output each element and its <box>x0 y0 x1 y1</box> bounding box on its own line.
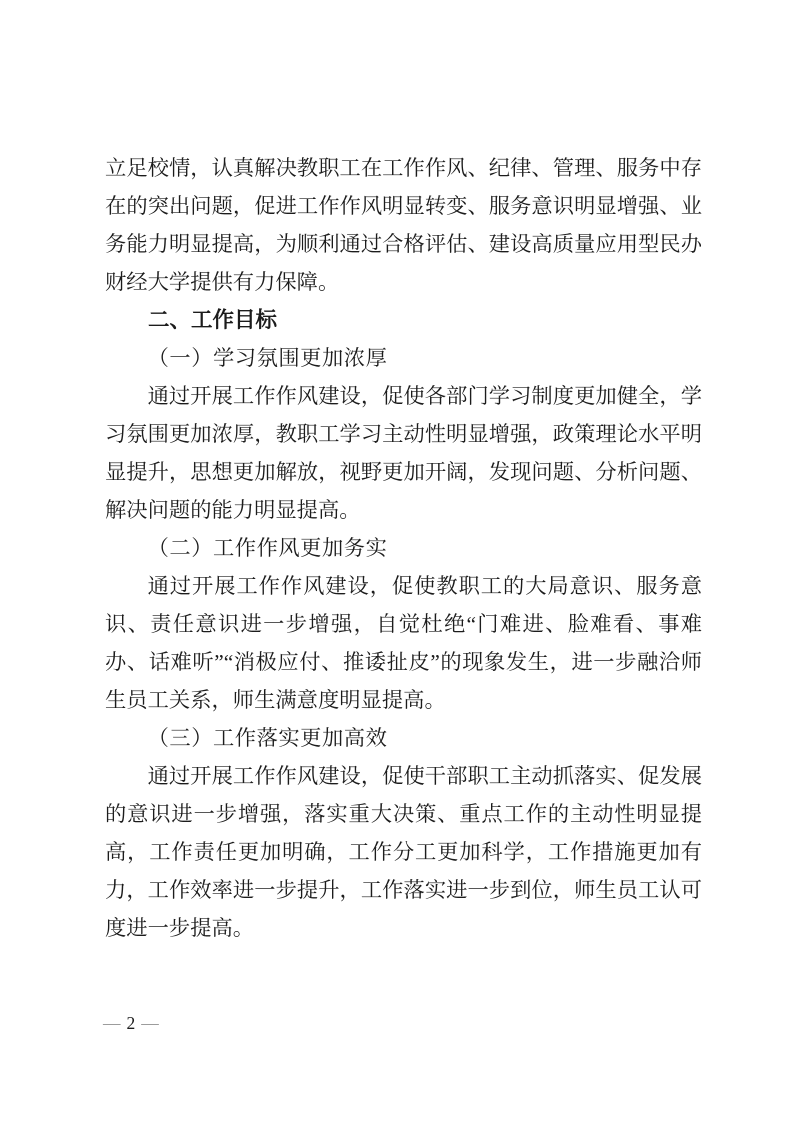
document-page: 立足校情，认真解决教职工在工作作风、纪律、管理、服务中存在的突出问题，促进工作作… <box>0 0 794 1123</box>
page-footer: —2— <box>103 1011 160 1035</box>
subsection-heading-3: （三）工作落实更加高效 <box>105 719 702 757</box>
paragraph-intro-continuation: 立足校情，认真解决教职工在工作作风、纪律、管理、服务中存在的突出问题，促进工作作… <box>105 149 702 301</box>
section-heading-work-goals: 二、工作目标 <box>105 301 702 339</box>
footer-dash-right: — <box>141 1013 160 1033</box>
subsection-heading-2: （二）工作作风更加务实 <box>105 529 702 567</box>
subsection-heading-1: （一）学习氛围更加浓厚 <box>105 339 702 377</box>
page-number: 2 <box>122 1013 142 1033</box>
document-body: 立足校情，认真解决教职工在工作作风、纪律、管理、服务中存在的突出问题，促进工作作… <box>105 149 702 947</box>
subsection-body-2: 通过开展工作作风建设，促使教职工的大局意识、服务意识、责任意识进一步增强，自觉杜… <box>105 567 702 719</box>
subsection-body-1: 通过开展工作作风建设，促使各部门学习制度更加健全，学习氛围更加浓厚，教职工学习主… <box>105 377 702 529</box>
footer-dash-left: — <box>103 1013 122 1033</box>
subsection-body-3: 通过开展工作作风建设，促使干部职工主动抓落实、促发展的意识进一步增强，落实重大决… <box>105 757 702 947</box>
